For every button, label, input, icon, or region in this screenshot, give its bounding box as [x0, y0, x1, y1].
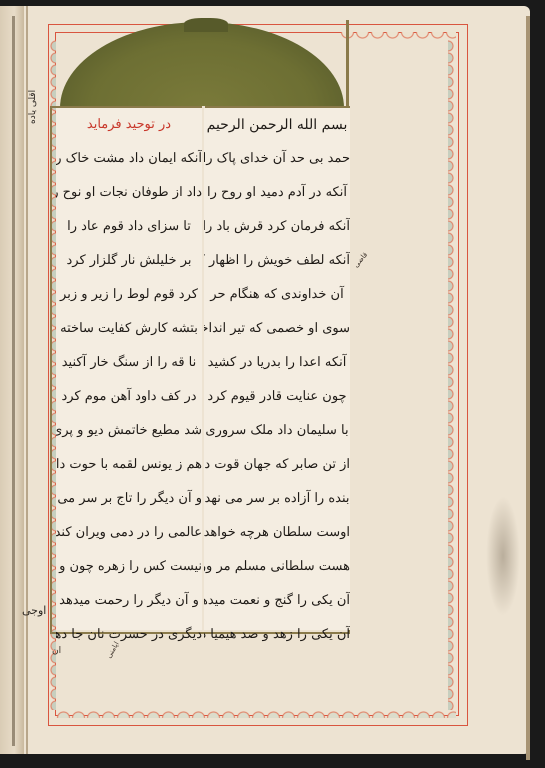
- illuminated-headpiece: [52, 18, 350, 108]
- verse-line: کرد قوم لوط را زیر و زبر: [56, 278, 202, 312]
- dome-finial: [184, 18, 228, 32]
- verse-line: آنکه اعدا را بدریا در کشید: [204, 346, 350, 380]
- verse-line: آنکه در آدم دمید او روح را: [204, 176, 350, 210]
- scallop-border-right: [448, 40, 460, 710]
- binding-line: [12, 16, 15, 746]
- scallop-border-top: [340, 32, 456, 42]
- verse-line: نا قه را از سنگ خار آکنید: [56, 346, 202, 380]
- verse-line: هم ز یونس لقمه با حوت داد: [56, 448, 202, 482]
- verse-line: آن یکی را گنج و نعمت میدهد: [204, 584, 350, 618]
- manuscript-page: اقلی یاده اوجی بسم الله الرحمن الرحيم حم…: [0, 6, 530, 754]
- verse-line: و آن دیگر را تاج بر سر می نهد: [56, 482, 202, 516]
- verse-line: و آن دیگر را رحمت میدهد: [56, 584, 202, 618]
- verse-line: دیگری در حسرت نان جا دهد: [56, 618, 202, 652]
- verse-line: بنده را آزاده بر سر می نهد: [204, 482, 350, 516]
- verse-line: هست سلطانی مسلم مر ورا: [204, 550, 350, 584]
- verse-line: حمد بی حد آن خدای پاک را: [204, 142, 350, 176]
- verse-line: از تن صابر که جهان قوت داد: [204, 448, 350, 482]
- paper-stain: [486, 496, 520, 616]
- verse-line: بتشه کارش کفایت ساخته: [56, 312, 202, 346]
- gutter-note-top: اقلی یاده: [28, 90, 38, 124]
- text-column-right: بسم الله الرحمن الرحيم حمد بی حد آن خدای…: [204, 108, 350, 630]
- dome-ornament: [60, 22, 344, 108]
- verse-line: آن خداوندی که هنگام حر: [204, 278, 350, 312]
- verse-line: در کف داود آهن موم کرد: [56, 380, 202, 414]
- scallop-border-bottom: [56, 706, 456, 718]
- verse-line: داد از طوفان نجات او نوح را: [56, 176, 202, 210]
- verse-line: چون عنایت قادر قیوم کرد: [204, 380, 350, 414]
- verse-line: آنکه ایمان داد مشت خاک را: [56, 142, 202, 176]
- headpiece-gold-rule: [346, 20, 349, 110]
- gutter-note-bottom: اوجی: [22, 604, 46, 617]
- verse-line: نیست کس را زهره چون و چرا: [56, 550, 202, 584]
- verse-line: با سلیمان داد ملک سروری: [204, 414, 350, 448]
- facing-page-edge: [0, 6, 24, 754]
- verse-line: عالمی را در دمی ویران کند: [56, 516, 202, 550]
- verse-line: آنکه لطف خویش را اظهار کرد: [204, 244, 350, 278]
- margin-note-left-bottom: ان: [52, 646, 61, 656]
- text-column-left: در توحید فرماید آنکه ایمان داد مشت خاک ر…: [56, 108, 202, 630]
- verse-line: بر خلیلش نار گلزار کرد: [56, 244, 202, 278]
- verse-line: اوست سلطان هرچه خواهد آن کند: [204, 516, 350, 550]
- verse-line: شد مطیع خاتمش دیو و پری: [56, 414, 202, 448]
- verse-line: آن یکی را زهد و صد هیمیا دهد: [204, 618, 350, 652]
- page-edge: [526, 16, 530, 760]
- basmala: بسم الله الرحمن الرحيم: [204, 108, 350, 142]
- verse-line: تا سزای داد قوم عاد را: [56, 210, 202, 244]
- verse-line: آنکه فرمان کرد قرش باد را: [204, 210, 350, 244]
- chapter-heading: در توحید فرماید: [56, 108, 202, 142]
- verse-line: سوی او خصمی که تیر انداخت: [204, 312, 350, 346]
